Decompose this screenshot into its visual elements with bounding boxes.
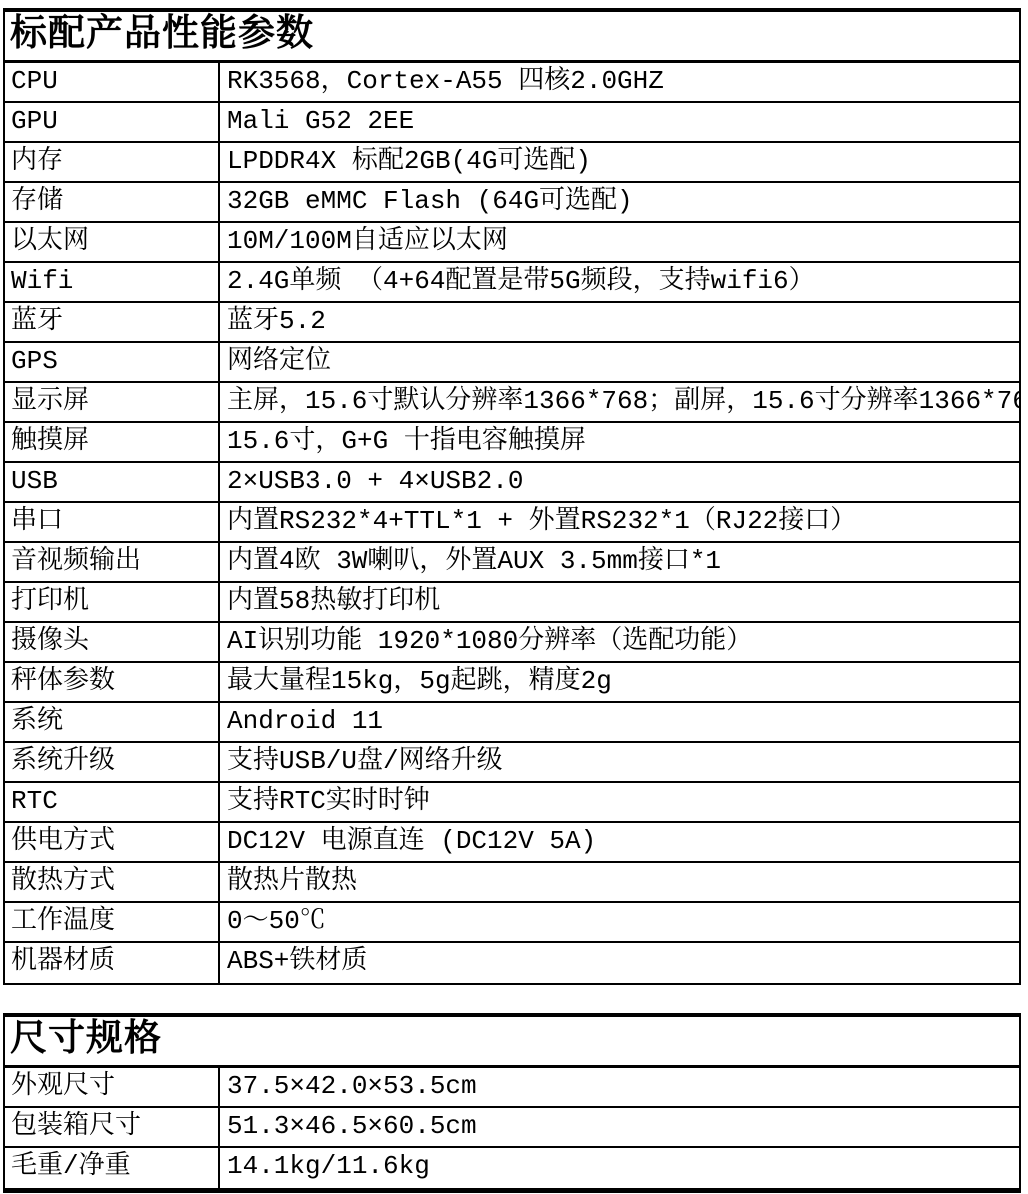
spec-row-value: 蓝牙5.2 xyxy=(220,303,1019,341)
spec-row: RTC支持RTC实时时钟 xyxy=(5,783,1019,823)
spec-row-value: 散热片散热 xyxy=(220,863,1019,901)
spec-row: 外观尺寸37.5×42.0×53.5cm xyxy=(5,1068,1019,1108)
spec-row: 摄像头AI识别功能 1920*1080分辨率（选配功能） xyxy=(5,623,1019,663)
spec-row: GPS网络定位 xyxy=(5,343,1019,383)
spec-row-label: 蓝牙 xyxy=(5,303,220,341)
spec-row-label: 包装箱尺寸 xyxy=(5,1108,220,1146)
spec-row: Wifi2.4G单频 （4+64配置是带5G频段，支持wifi6） xyxy=(5,263,1019,303)
spec-row-label: 外观尺寸 xyxy=(5,1068,220,1106)
spec-row: 内存LPDDR4X 标配2GB(4G可选配) xyxy=(5,143,1019,183)
spec-row: 工作温度0～50℃ xyxy=(5,903,1019,943)
spec-row-label: 秤体参数 xyxy=(5,663,220,701)
spec-row: 打印机内置58热敏打印机 xyxy=(5,583,1019,623)
spec-row: 存储32GB eMMC Flash (64G可选配) xyxy=(5,183,1019,223)
spec-row-value: 51.3×46.5×60.5cm xyxy=(220,1108,1019,1146)
performance-spec-table: 标配产品性能参数 CPURK3568，Cortex-A55 四核2.0GHZGP… xyxy=(3,8,1021,985)
spec-row-label: CPU xyxy=(5,63,220,101)
spec-row: 音视频输出内置4欧 3W喇叭，外置AUX 3.5mm接口*1 xyxy=(5,543,1019,583)
spec-row-value: 支持RTC实时时钟 xyxy=(220,783,1019,821)
performance-table-rows: CPURK3568，Cortex-A55 四核2.0GHZGPUMali G52… xyxy=(5,63,1019,983)
spec-row-value: 主屏，15.6寸默认分辨率1366*768；副屏，15.6寸分辨率1366*76… xyxy=(220,383,1019,421)
spec-row-value: 2×USB3.0 + 4×USB2.0 xyxy=(220,463,1019,501)
spec-row-label: RTC xyxy=(5,783,220,821)
dimensions-spec-table: 尺寸规格 外观尺寸37.5×42.0×53.5cm包装箱尺寸51.3×46.5×… xyxy=(3,1013,1021,1193)
spec-row-value: 15.6寸，G+G 十指电容触摸屏 xyxy=(220,423,1019,461)
spec-row-value: 10M/100M自适应以太网 xyxy=(220,223,1019,261)
spec-row-value: AI识别功能 1920*1080分辨率（选配功能） xyxy=(220,623,1019,661)
spec-row-value: 内置58热敏打印机 xyxy=(220,583,1019,621)
spec-row-label: 以太网 xyxy=(5,223,220,261)
spec-row-value: 32GB eMMC Flash (64G可选配) xyxy=(220,183,1019,221)
spec-row: GPUMali G52 2EE xyxy=(5,103,1019,143)
spec-row-label: 打印机 xyxy=(5,583,220,621)
spec-row: 供电方式DC12V 电源直连 (DC12V 5A) xyxy=(5,823,1019,863)
spec-row: 显示屏主屏，15.6寸默认分辨率1366*768；副屏，15.6寸分辨率1366… xyxy=(5,383,1019,423)
spec-row-value: 最大量程15kg，5g起跳，精度2g xyxy=(220,663,1019,701)
spec-row-label: Wifi xyxy=(5,263,220,301)
spec-row-label: 摄像头 xyxy=(5,623,220,661)
spec-row: 以太网10M/100M自适应以太网 xyxy=(5,223,1019,263)
spec-row-value: RK3568，Cortex-A55 四核2.0GHZ xyxy=(220,63,1019,101)
spec-row-label: 系统 xyxy=(5,703,220,741)
spec-row-value: 37.5×42.0×53.5cm xyxy=(220,1068,1019,1106)
spec-row-value: 内置RS232*4+TTL*1 + 外置RS232*1（RJ22接口） xyxy=(220,503,1019,541)
spec-row: 系统Android 11 xyxy=(5,703,1019,743)
spec-row: 散热方式散热片散热 xyxy=(5,863,1019,903)
spec-row-label: GPU xyxy=(5,103,220,141)
spec-row: 蓝牙蓝牙5.2 xyxy=(5,303,1019,343)
spec-row-value: 支持USB/U盘/网络升级 xyxy=(220,743,1019,781)
spec-row-value: 0～50℃ xyxy=(220,903,1019,941)
spec-row-value: ABS+铁材质 xyxy=(220,943,1019,983)
spec-row-label: 音视频输出 xyxy=(5,543,220,581)
spec-row-label: 串口 xyxy=(5,503,220,541)
spec-row: 毛重/净重14.1kg/11.6kg xyxy=(5,1148,1019,1188)
spec-row-value: 14.1kg/11.6kg xyxy=(220,1148,1019,1188)
spec-row-label: 工作温度 xyxy=(5,903,220,941)
spec-row-label: 触摸屏 xyxy=(5,423,220,461)
dimensions-table-rows: 外观尺寸37.5×42.0×53.5cm包装箱尺寸51.3×46.5×60.5c… xyxy=(5,1068,1019,1188)
spec-row: 包装箱尺寸51.3×46.5×60.5cm xyxy=(5,1108,1019,1148)
spec-row-label: 供电方式 xyxy=(5,823,220,861)
spec-row-label: 散热方式 xyxy=(5,863,220,901)
spec-row: 触摸屏15.6寸，G+G 十指电容触摸屏 xyxy=(5,423,1019,463)
spec-row-value: 内置4欧 3W喇叭，外置AUX 3.5mm接口*1 xyxy=(220,543,1019,581)
spec-row-label: GPS xyxy=(5,343,220,381)
spec-row: USB2×USB3.0 + 4×USB2.0 xyxy=(5,463,1019,503)
spec-row-label: USB xyxy=(5,463,220,501)
spec-row-value: 2.4G单频 （4+64配置是带5G频段，支持wifi6） xyxy=(220,263,1019,301)
spec-row-value: 网络定位 xyxy=(220,343,1019,381)
dimensions-table-title: 尺寸规格 xyxy=(5,1017,1019,1068)
spec-row: 秤体参数最大量程15kg，5g起跳，精度2g xyxy=(5,663,1019,703)
spec-row-label: 系统升级 xyxy=(5,743,220,781)
spec-row-label: 内存 xyxy=(5,143,220,181)
spec-sheet-page: { "page": { "background": "#ffffff", "te… xyxy=(0,0,1028,1194)
spec-row-value: LPDDR4X 标配2GB(4G可选配) xyxy=(220,143,1019,181)
spec-row-value: Mali G52 2EE xyxy=(220,103,1019,141)
spec-row-label: 存储 xyxy=(5,183,220,221)
spec-row-value: DC12V 电源直连 (DC12V 5A) xyxy=(220,823,1019,861)
performance-table-title: 标配产品性能参数 xyxy=(5,12,1019,63)
spec-row-label: 机器材质 xyxy=(5,943,220,983)
spec-row-label: 毛重/净重 xyxy=(5,1148,220,1188)
spec-row-label: 显示屏 xyxy=(5,383,220,421)
spec-row: 系统升级支持USB/U盘/网络升级 xyxy=(5,743,1019,783)
spec-row: 串口内置RS232*4+TTL*1 + 外置RS232*1（RJ22接口） xyxy=(5,503,1019,543)
spec-row: CPURK3568，Cortex-A55 四核2.0GHZ xyxy=(5,63,1019,103)
spec-row-value: Android 11 xyxy=(220,703,1019,741)
spec-row: 机器材质ABS+铁材质 xyxy=(5,943,1019,983)
